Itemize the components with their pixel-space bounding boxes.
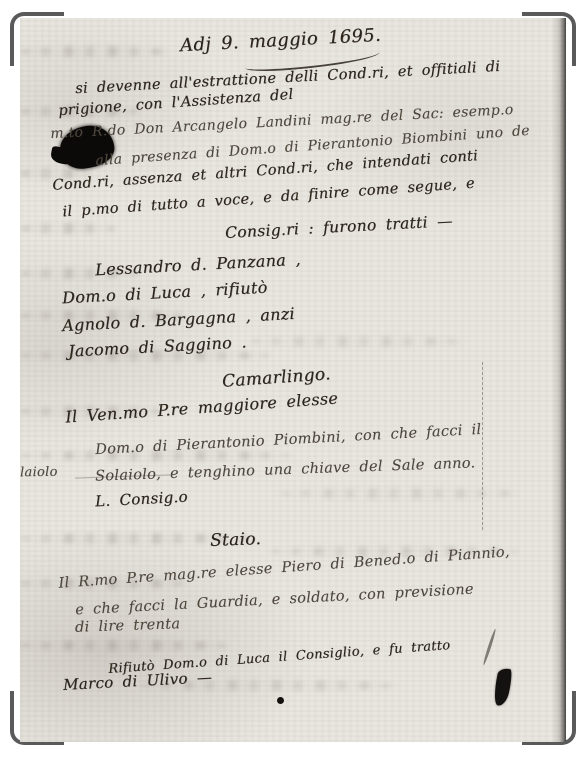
bleed-through-smudge (20, 640, 230, 651)
closing-line: Marco di Ulivo — (63, 668, 213, 694)
section-heading-camarlingo: Camarlingo. (221, 364, 331, 392)
scan-shadow-right-edge (552, 18, 566, 742)
camarlingo-line: Il Ven.mo P.re maggiore elesse (65, 388, 339, 426)
staio-line: di lire trenta (75, 616, 181, 636)
bleed-through-smudge (280, 488, 520, 499)
ink-smear-tail (482, 628, 497, 665)
bleed-through-smudge (20, 223, 115, 234)
ink-smear (491, 667, 514, 707)
consigliere-name: Lessandro d. Panzana , (95, 250, 302, 280)
consigliere-name: Agnolo d. Bargagna , anzi (62, 304, 296, 335)
section-heading-consiglieri: Consig.ri : furono tratti — (225, 212, 454, 242)
consigliere-name: Dom.o di Luca , rifiutò (62, 278, 268, 308)
camarlingo-line: Dom.o di Pierantonio Piombini, con che f… (95, 422, 482, 458)
bleed-through-smudge (20, 46, 170, 57)
manuscript-photo: Adj 9. maggio 1695. si devenne all'estra… (0, 0, 587, 760)
camarlingo-line: L. Consig.o (95, 488, 189, 511)
section-heading-staio: Staio. (210, 529, 262, 551)
manuscript-page: Adj 9. maggio 1695. si devenne all'estra… (20, 18, 566, 742)
paper-crease-line (482, 362, 483, 530)
bleed-through-smudge (250, 336, 470, 347)
ink-dot (277, 697, 284, 704)
margin-note: laiolo (20, 465, 58, 481)
